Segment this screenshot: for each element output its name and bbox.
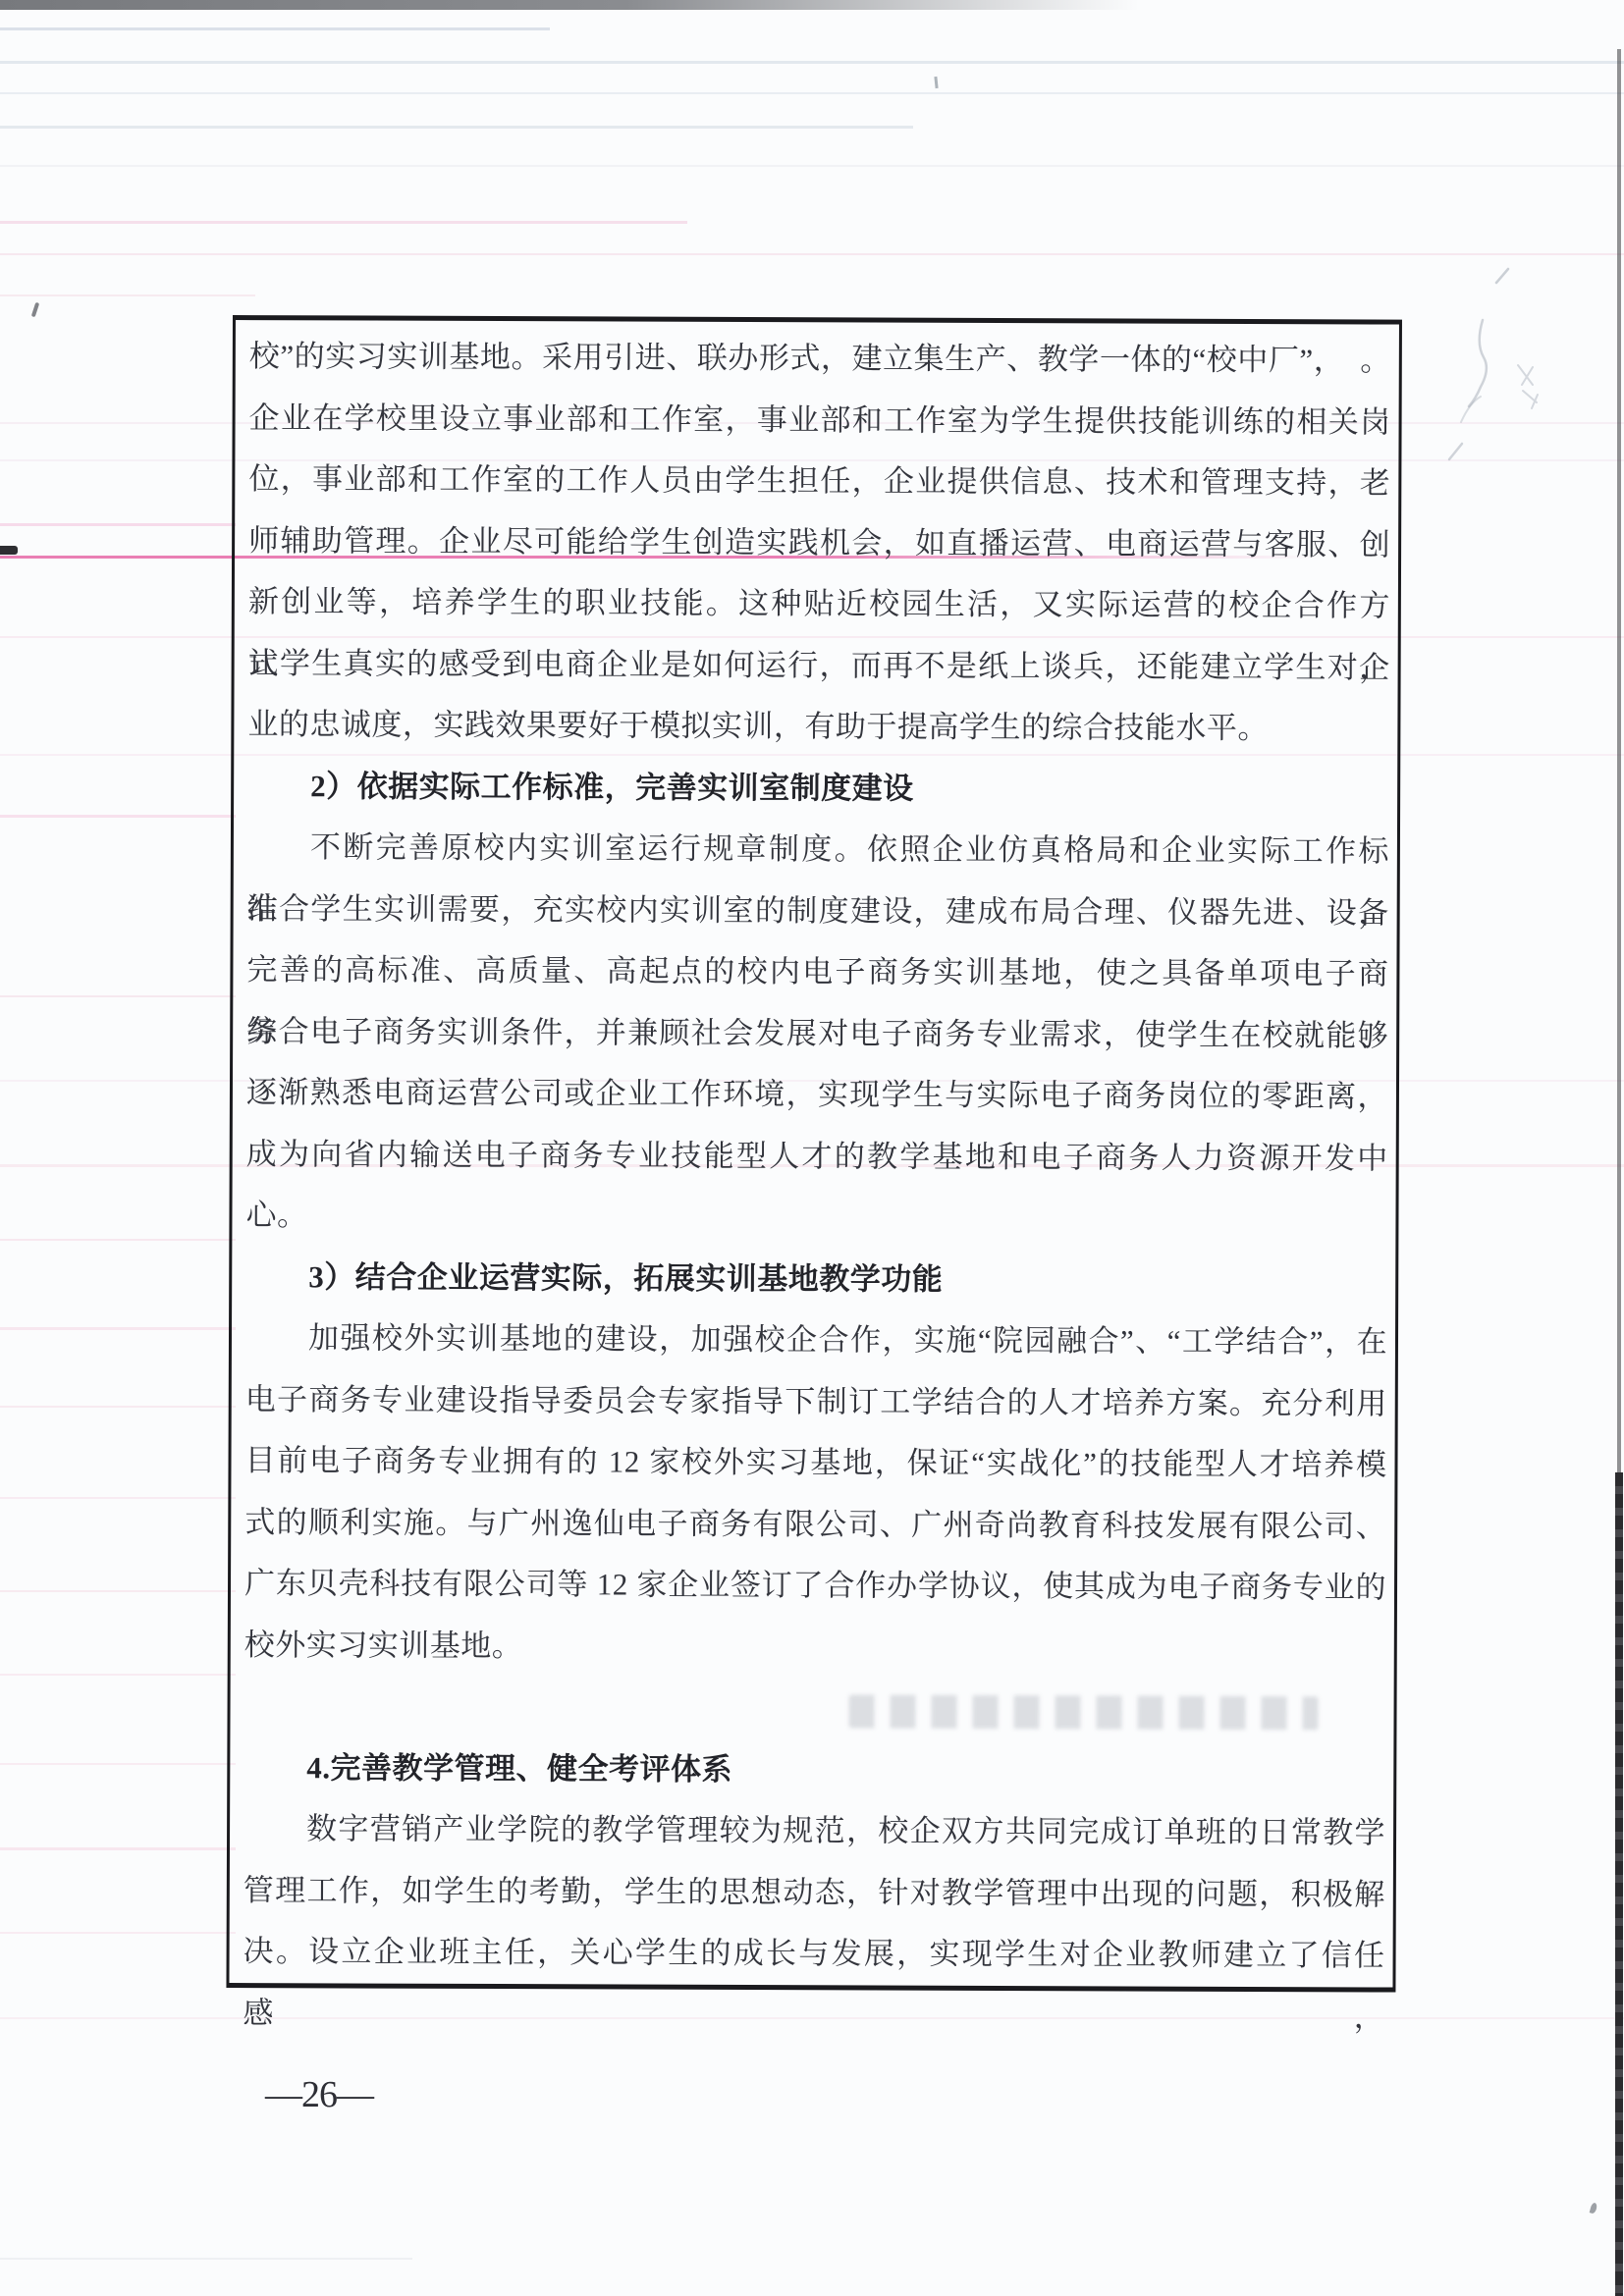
scan-right-edge-shadow [1615,1472,1623,2296]
scan-streak [0,165,1624,167]
body-text-line: 师辅助管理。企业尽可能给学生创造实践机会，如直播运营、电商运营与客服、创 [248,510,1390,576]
body-text-line: 让学生真实的感受到电商企业是如何运行，而再不是纸上谈兵，还能建立学生对企 [248,633,1390,699]
scan-top-edge-shadow [0,0,1139,10]
body-text-line: 目前电子商务专业拥有的 12 家校外实习基地，保证“实战化”的技能型人才培养模 [244,1430,1386,1496]
body-text-line: 加强校外实训基地的建设，加强校企合作，实施“院园融合”、“工学结合”，在 [245,1308,1387,1373]
scan-streak [0,126,913,129]
scan-streak [0,815,236,818]
body-text-line: 不断完善原校内实训室运行规章制度。依照企业仿真格局和企业实际工作标准， [247,817,1389,882]
scan-streak [0,27,550,30]
scan-streak [0,253,1624,255]
scan-streak [0,92,1624,94]
ink-speck [1590,2202,1598,2214]
body-text-line: 校”的实习实训基地。采用引进、联办形式，建立集生产、教学一体的“校中厂”， 。 [249,326,1391,392]
body-text-line: 电子商务专业建设指导委员会专家指导下制订工学结合的人才培养方案。充分利用 [245,1369,1387,1435]
body-text-line: 业的忠诚度，实践效果要好于模拟实训，有助于提高学生的综合技能水平。 [247,694,1389,760]
scan-streak [0,294,255,296]
section-heading: 2）依据实际工作标准，完善实训室制度建设 [247,756,1389,822]
scan-streak [0,1590,236,1592]
scan-left-edge-mark [0,546,18,555]
body-text-line: 逐渐熟悉电商运营公司或企业工作环境，实现学生与实际电子商务岗位的零距离， [246,1062,1388,1128]
body-text-line: 综合电子商务实训条件，并兼顾社会发展对电子商务专业需求，使学生在校就能够 [246,1001,1388,1067]
scan-streak [0,61,1624,64]
section-heading: 4.完善教学管理、健全考评体系 [244,1737,1385,1803]
body-text-line: 位，事业部和工作室的工作人员由学生担任，企业提供信息、技术和管理支持，老 [248,449,1390,514]
scan-streak [0,1763,236,1765]
scan-streak [0,1847,236,1850]
scan-streak [0,1239,236,1241]
body-text-line: 式的顺利实施。与广州逸仙电子商务有限公司、广州奇尚教育科技发展有限公司、 [244,1492,1386,1558]
scan-streak [0,1932,236,1934]
ink-speck [31,302,39,318]
body-text-line: 完善的高标准、高质量、高起点的校内电子商务实训基地，使之具备单项电子商务、 [246,939,1388,1005]
blank-line [244,1676,1385,1741]
body-text-line: 成为向省内输送电子商务专业技能型人才的教学基地和电子商务人力资源开发中 [246,1124,1388,1190]
body-text-line: 企业在学校里设立事业部和工作室，事业部和工作室为学生提供技能训练的相关岗 [248,388,1390,454]
body-text-line: 新创业等，培养学生的职业技能。这种贴近校园生活，又实际运营的校企合作方式， [248,571,1390,637]
pencil-scribble-marks [1432,257,1579,493]
scan-streak [0,1674,236,1676]
scan-streak [0,1406,236,1408]
body-text-line: 心。 [245,1185,1387,1251]
scan-streak [0,221,687,224]
scan-streak [0,995,236,997]
document-text-box: 校”的实习实训基地。采用引进、联办形式，建立集生产、教学一体的“校中厂”， 。企… [226,315,1402,1993]
body-text-line: 决。设立企业班主任，关心学生的成长与发展，实现学生对企业教师建立了信任感， [243,1921,1384,1987]
body-text-line: 结合学生实训需要，充实校内实训室的制度建设，建成布局合理、仪器先进、设备 [247,879,1389,944]
scan-streak [0,2258,412,2260]
scan-right-edge-shadow [1617,49,1621,1482]
body-text-line: 校外实习实训基地。 [244,1615,1386,1681]
section-heading: 3）结合企业运营实际，拓展实训基地教学功能 [245,1247,1387,1312]
body-text-line: 广东贝壳科技有限公司等 12 家企业签订了合作办学协议，使其成为电子商务专业的 [244,1553,1386,1619]
scanned-document-page: 校”的实习实训基地。采用引进、联办形式，建立集生产、教学一体的“校中厂”， 。企… [0,0,1624,2296]
page-number: —26— [265,2073,373,2116]
ink-speck [934,77,938,88]
body-text-line: 管理工作，如学生的考勤，学生的思想动态，针对教学管理中出现的问题，积极解 [244,1860,1385,1926]
scan-streak [0,1497,236,1499]
scan-streak [0,523,236,526]
body-text-line: 数字营销产业学院的教学管理较为规范，校企双方共同完成订单班的日常教学 [244,1798,1385,1864]
scan-streak [0,1327,236,1330]
